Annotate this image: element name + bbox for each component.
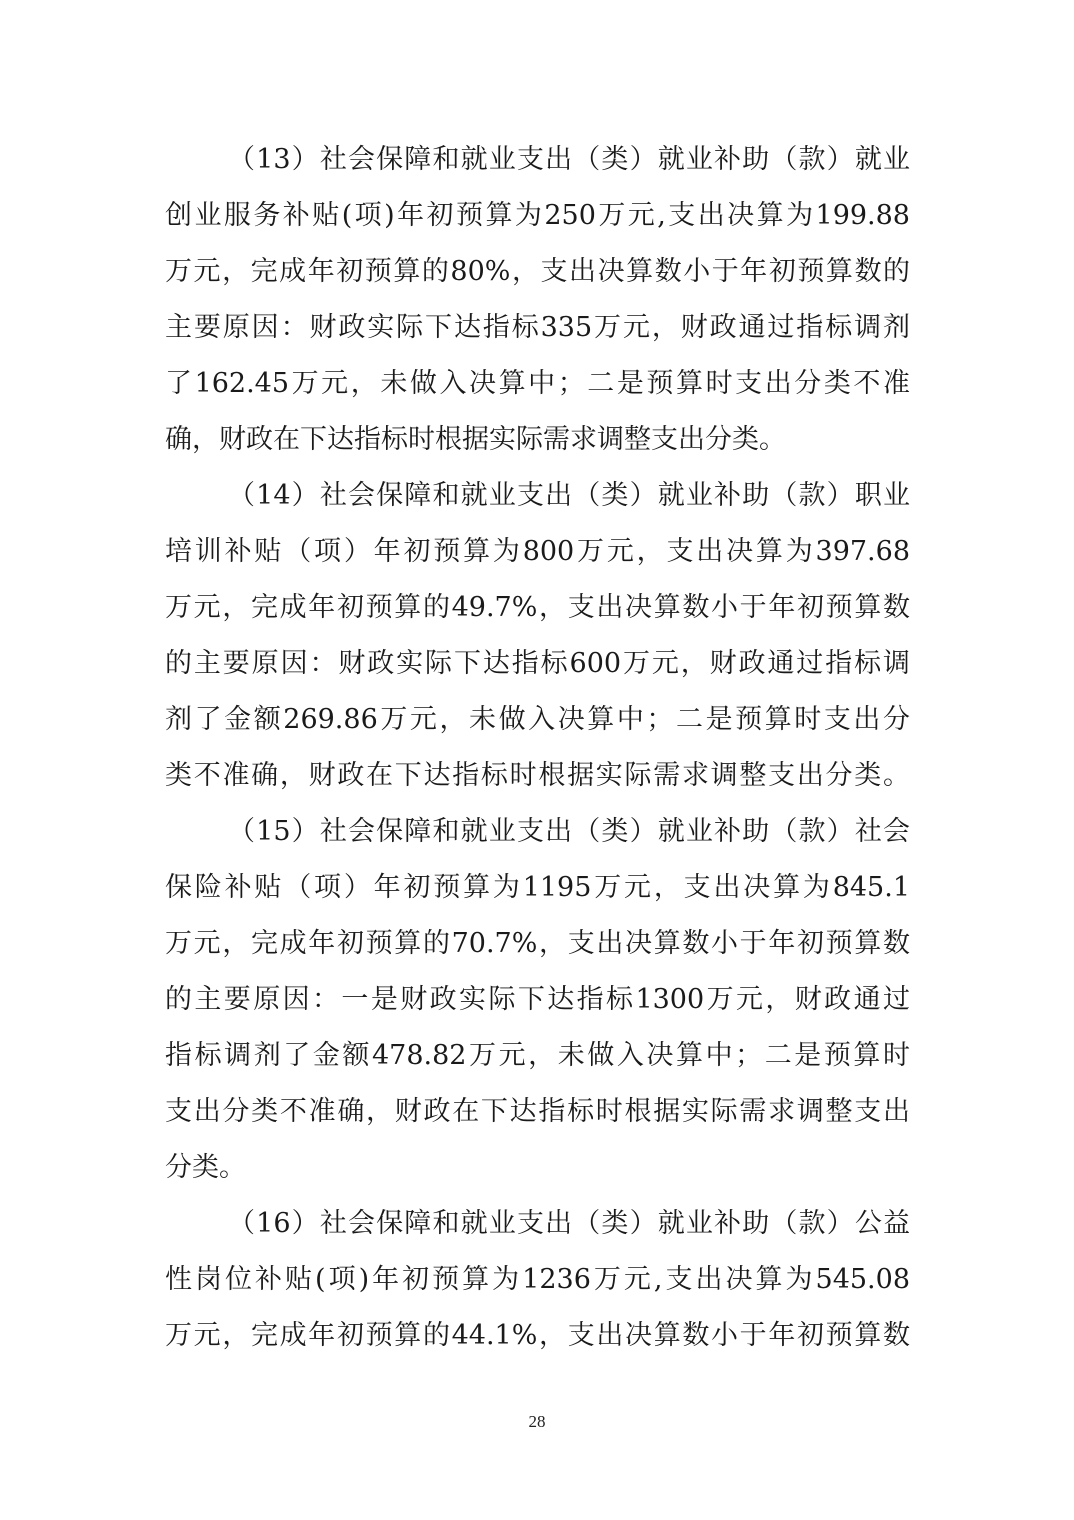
text-line: （13）社会保障和就业支出（类）就业补助（款）就业 <box>228 140 910 180</box>
text-line: 分类。 <box>165 1148 910 1188</box>
text-line: （16）社会保障和就业支出（类）就业补助（款）公益 <box>228 1204 910 1244</box>
text-line: 的主要原因：财政实际下达指标600万元，财政通过指标调 <box>165 644 910 684</box>
document-page: （13）社会保障和就业支出（类）就业补助（款）就业 创业服务补贴(项)年初预算为… <box>0 0 1074 1520</box>
text-line: 性岗位补贴(项)年初预算为1236万元,支出决算为545.08 <box>165 1260 910 1300</box>
text-line: 指标调剂了金额478.82万元，未做入决算中；二是预算时 <box>165 1036 910 1076</box>
text-line: 培训补贴（项）年初预算为800万元，支出决算为397.68 <box>165 532 910 572</box>
text-line: 了162.45万元，未做入决算中；二是预算时支出分类不准 <box>165 364 910 404</box>
text-line: 支出分类不准确，财政在下达指标时根据实际需求调整支出 <box>165 1092 910 1132</box>
text-line: 万元，完成年初预算的49.7%，支出决算数小于年初预算数 <box>165 588 910 628</box>
page-number: 28 <box>0 1412 1074 1432</box>
text-line: （14）社会保障和就业支出（类）就业补助（款）职业 <box>228 476 910 516</box>
text-line: 类不准确，财政在下达指标时根据实际需求调整支出分类。 <box>165 756 910 796</box>
text-line: 创业服务补贴(项)年初预算为250万元,支出决算为199.88 <box>165 196 910 236</box>
text-line: 剂了金额269.86万元，未做入决算中；二是预算时支出分 <box>165 700 910 740</box>
text-line: 万元，完成年初预算的70.7%，支出决算数小于年初预算数 <box>165 924 910 964</box>
text-line: 的主要原因：一是财政实际下达指标1300万元，财政通过 <box>165 980 910 1020</box>
text-line: （15）社会保障和就业支出（类）就业补助（款）社会 <box>228 812 910 852</box>
text-line: 主要原因：财政实际下达指标335万元，财政通过指标调剂 <box>165 308 910 348</box>
text-line: 确，财政在下达指标时根据实际需求调整支出分类。 <box>165 420 910 460</box>
text-line: 保险补贴（项）年初预算为1195万元，支出决算为845.1 <box>165 868 910 908</box>
text-line: 万元，完成年初预算的44.1%，支出决算数小于年初预算数 <box>165 1316 910 1356</box>
text-line: 万元，完成年初预算的80%，支出决算数小于年初预算数的 <box>165 252 910 292</box>
